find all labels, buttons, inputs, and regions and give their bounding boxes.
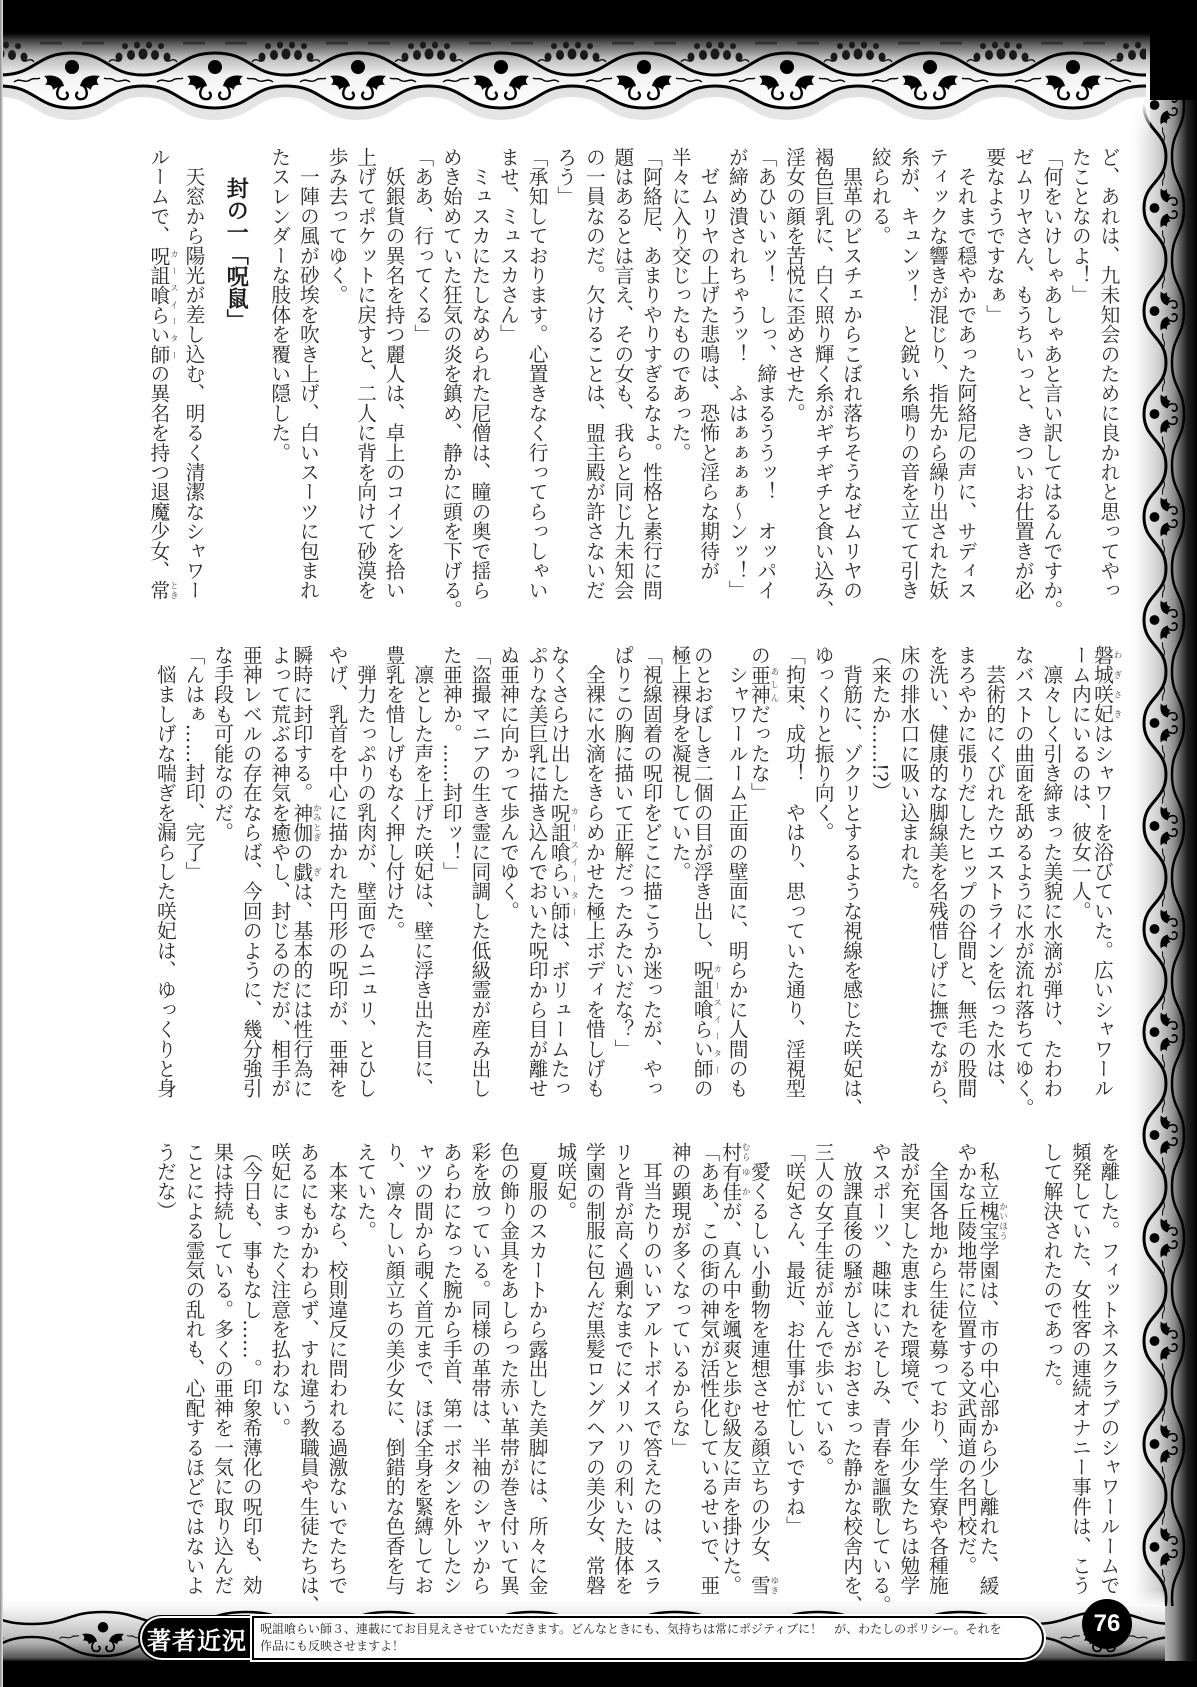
text-line: やかな丘陵地帯に位置する文武両道の名門校だ。 [950,1142,979,1602]
text-line: ませ、ミュスカさん」 [493,147,522,607]
ruby-base: 常 [147,580,170,600]
text-line: 「ああ、この街の神気が活性化しているせいで、亜 [693,1142,722,1602]
text-line: 芸術的にくびれたウエストラインを伝った水は、 [979,645,1008,1105]
text-segment: が、真ん中を颯爽と歩む級友に声を掛けた。 [719,1201,742,1595]
text-line: ゆっくりと振り向く。 [807,645,836,1105]
ruby-word: 呪詛喰らい師カースイーター [147,246,170,364]
text-line: リと背が高く過剰なまでにメリハリの利いた肢体を [607,1142,636,1602]
page-edge-line [0,0,3,1687]
text-segment: 学園は、市の中心部から少し離れた、緩 [976,1241,999,1596]
ruby-word: 咲妃さき [1091,684,1114,723]
text-line: 設が充実した恵まれた環境で、少年少女たちは勉学 [893,1142,922,1602]
text-line: を洗い、健康的な脚線美を名残惜しげに撫でながら、 [922,645,951,1105]
ruby-base: 咲妃 [1091,684,1114,723]
text-line: 全裸に水滴をきらめかせた極上ボディを惜しげも [579,645,608,1105]
text-line: 「承知しております。心置きなく行ってらっしゃい [522,147,551,607]
text-line: うだな） [150,1142,179,1602]
author-news-line-2: 作品にも反映させますよ！ [260,1638,1034,1655]
text-line: ぬ亜神に向かって歩んでゆく。 [493,645,522,1105]
text-line: ろう」 [550,147,579,607]
ruby-reading: わぎ [1112,645,1122,684]
text-line: ゼムリヤさん、もうちいっと、きついお仕置きが必 [1008,147,1037,607]
ruby-word: 戯ぎ [290,862,313,882]
ruby-reading: ぎ [311,862,321,882]
ruby-base: 有佳 [719,1162,742,1201]
ruby-base: 磐城 [1091,645,1114,684]
text-line: 歩み去ってゆく。 [321,147,350,607]
text-line: ことによる霊気の乱れも、心配するほどではないよ [178,1142,207,1602]
ruby-word: 亜神あしん [747,665,770,704]
text-line: 果は持続している。多くの亜神を一気に取り込んだ [207,1142,236,1602]
text-segment: ルームで、 [147,147,170,246]
ruby-reading: ゆき [769,1575,779,1595]
text-segment: だったな」 [747,704,770,803]
text-line: 「ああ、行ってくる」 [407,147,436,607]
text-line: 磐城わぎ咲妃さきはシャワーを浴びていた。広いシャワール [1093,645,1122,1105]
text-line: 三人の女子生徒が並んで歩いている。 [807,1142,836,1602]
text-line: 耳当たりのいいアルトボイスで答えたのは、スラ [636,1142,665,1602]
text-segment: のとおぼしき二個の目が浮き出し、 [690,645,713,960]
section-heading: 封の一「呪鼠」 [207,147,264,607]
text-line: の亜神あしんだったな」 [750,645,779,1105]
text-line: 糸が、キュンッ！ と鋭い糸鳴りの音を立てて引き [893,147,922,607]
text-segment: は、ボリュームたっ [547,921,570,1098]
ruby-base: 呪詛喰らい師 [690,960,713,1078]
text-line: ルームで、呪詛喰らい師カースイーターの異名を持つ退魔少女、常とき [150,147,179,607]
text-line: 学園の制服に包んだ黒髪ロングヘアの美少女、常磐 [579,1142,608,1602]
ruby-reading: あしん [769,665,779,704]
text-line: 淫女の顔を苦悦に歪めさせた。 [779,147,808,607]
text-line: あらわになった腕から手首、第一ボタンを外したシ [436,1142,465,1602]
text-line: 「盗撮マニアの生き霊に同調した低級霊が産み出し [464,645,493,1105]
ruby-word: 村むら [719,1142,742,1162]
text-line: たスレンダーな肢体を覆い隠した。 [264,147,293,607]
ruby-base: 亜神 [747,665,770,704]
text-line: ミュスカにたしなめられた尼僧は、瞳の奥で揺ら [464,147,493,607]
text-segment: 瞬時に封印する。 [290,645,313,803]
text-line: 本来なら、校則違反に問われる過激ないでたちで [321,1142,350,1602]
text-segment: の異名を持つ退魔少女、 [147,364,170,581]
text-line: の一員なのだ。欠けることは、盟主殿が許さないだ [579,147,608,607]
text-line: やげ、乳首を中心に描かれた円形の呪印が、亜神を [321,645,350,1105]
ruby-reading: カースイーター [168,246,178,364]
ruby-word: 槐宝かいほう [976,1201,999,1240]
page-number-badge: 76 [1082,1599,1132,1649]
ruby-word: 磐城わぎ [1091,645,1114,684]
text-line: 愛くるしい小動物を連想させる顔立ちの少女、雪ゆき [750,1142,779,1602]
text-line: まろやかに張りだしたヒップの谷間と、無毛の股間 [950,645,979,1105]
text-line: のとおぼしき二個の目が浮き出し、呪詛喰らい師カースイーターの [693,645,722,1105]
ruby-reading: とき [168,580,178,600]
text-line: やスポーツ、趣味にいそしみ、青春を謳歌している。 [865,1142,894,1602]
text-line: 上げてポケットに戻すと、二人に背を向けて砂漠を [350,147,379,607]
ruby-reading: かいほう [998,1201,1008,1240]
text-line: ゼムリヤの上げた悲鳴は、恐怖と淫らな期待が [693,147,722,607]
ruby-word: 呪詛喰らい師カースイーター [690,960,713,1078]
top-ornamental-border [0,0,1197,138]
text-line: 夏服のスカートから露出した美脚には、所々に金 [522,1142,551,1602]
ruby-reading: むら [740,1142,750,1162]
text-line: たことなのよ！」 [1065,147,1094,607]
text-line: 「あひいいッ！ しっ、締まるううッ！ オッパイ [750,147,779,607]
text-line: 背筋に、ゾクリとするような視線を感じた咲妃は、 [836,645,865,1105]
text-tier-lower: を離した。フィットネスクラブのシャワールームで頻発していた、女性客の連続オナニー… [149,1142,1122,1602]
text-line: 咲妃にまったく注意を払わない。 [264,1142,293,1602]
text-line: 豊乳を惜しげもなく押し付けた。 [379,645,408,1105]
text-line: （今日も、事もなし……。印象希薄化の呪印も、効 [236,1142,265,1602]
author-news-line-1: 呪詛喰らい師３、連載にてお目見えさせていただきます。どんなときにも、気持ちは常に… [260,1621,1034,1638]
right-ornamental-border [1128,0,1197,1687]
text-line: 瞬時に封印する。神伽かみとぎの戯ぎは、基本的には性行為に [293,645,322,1105]
ruby-reading: ゆか [740,1162,750,1201]
text-line: 神の顕現が多くなっているからな」 [665,1142,694,1602]
ruby-word: 雪ゆき [747,1575,770,1595]
text-segment: は、基本的には性行為に [290,881,313,1098]
ruby-reading: カースイーター [712,960,722,1078]
text-segment: 私立 [976,1142,999,1201]
text-line: ど、あれは、九未知会のために良かれと思ってやっ [1093,147,1122,607]
text-line: 一陣の風が砂埃を吹き上げ、白いスーツに包まれ [293,147,322,607]
ruby-word: 呪詛喰らい師カースイーター [547,803,570,921]
text-line: あるにもかかわらず、すれ違う教職員や生徒たちは、 [293,1142,322,1602]
text-line: 「視線固着の呪印をどこに描こうか迷ったが、やっ [636,645,665,1105]
text-line: よって荒ぶる神気を癒やし、封じるのだが、相手が [264,645,293,1105]
text-line: ぷりな美巨乳に描き込んでおいた呪印から目が離せ [522,645,551,1105]
text-line: た亜神か。……封印ッ！」 [436,645,465,1105]
text-line: ャツの間から覗く首元まで、ほぼ全身を緊縛してお [407,1142,436,1602]
text-line: なくさらけ出した呪詛喰らい師カースイーターは、ボリュームたっ [550,645,579,1105]
text-line: 黒革のビスチェからこぼれ落ちそうなゼムリヤの [836,147,865,607]
text-line: えていた。 [350,1142,379,1602]
text-line: 要なようですなぁ」 [979,147,1008,607]
ruby-base: 槐宝 [976,1201,999,1240]
ruby-base: 雪 [747,1575,770,1595]
author-news-comment: 呪詛喰らい師３、連載にてお目見えさせていただきます。どんなときにも、気持ちは常に… [252,1616,1044,1660]
ruby-base: 神伽 [290,803,313,842]
text-line: （来たか……!?） [865,645,894,1105]
text-line: り、凛々しい顔立ちの美少女に、倒錯的な色香を与 [379,1142,408,1602]
text-line: それまで穏やかであった阿絡尼の声に、サディス [950,147,979,607]
ruby-base: 村 [719,1142,742,1162]
text-line: シャワールーム正面の壁面に、明らかに人間のも [722,645,751,1105]
text-line: 「咲妃さん、最近、お仕事が忙しいですね」 [779,1142,808,1602]
ruby-word: 神伽かみとぎ [290,803,313,842]
text-segment: の [290,842,313,862]
ruby-reading: さき [1112,684,1122,723]
text-line: 「んはぁ……封印、完了」 [178,645,207,1105]
ruby-reading: かみとぎ [311,803,321,842]
text-line: 床の排水口に吸い込まれた。 [893,645,922,1105]
ruby-base: 呪詛喰らい師 [147,246,170,364]
text-line: 全国各地から生徒を募っており、学生寮や各種施 [922,1142,951,1602]
text-line: 凛々しく引き締まった美貌に水滴が弾け、たわわ [1036,645,1065,1105]
text-line: 半々に入り交じったものであった。 [665,147,694,607]
ruby-reading: カースイーター [569,803,579,921]
text-line: 弾力たっぷりの乳肉が、壁面でムニュリ、とひし [350,645,379,1105]
text-line: 褐色巨乳に、白く照り輝く糸がギチギチと食い込み、 [807,147,836,607]
text-line: 城咲妃。 [550,1142,579,1602]
text-line: して解決されたのであった。 [1036,1142,1065,1602]
text-tier-upper: ど、あれは、九未知会のために良かれと思ってやったことなのよ！」「何をいけしゃあし… [149,147,1122,607]
text-line: 「阿絡尼、あまりやりすぎるなよ。性格と素行に問 [636,147,665,607]
text-line: なバストの曲面を舐めるように水が流れ落ちてゆく。 [1008,645,1037,1105]
ruby-word: 有佳ゆか [719,1162,742,1201]
text-line: 色の飾り金具をあしらった赤い革帯が巻き付いて異 [493,1142,522,1602]
text-line: 悩ましげな喘ぎを漏らした咲妃は、ゆっくりと身 [150,645,179,1105]
blank-line [1008,1142,1037,1602]
text-tier-middle: 磐城わぎ咲妃さきはシャワーを浴びていた。広いシャワールーム内にいるのは、彼女一人… [149,645,1122,1105]
text-line: 題はあるとは言え、その女も、我らと同じ九未知会 [607,147,636,607]
text-line: 妖銀貨の異名を持つ麗人は、卓上のコインを拾い [379,147,408,607]
text-line: 凛とした声を上げた咲妃は、壁に浮き出た目に、 [407,645,436,1105]
text-line: な手段も可能なのだ。 [207,645,236,1105]
text-segment: はシャワーを浴びていた。広いシャワール [1091,724,1114,1098]
text-line: 私立槐宝かいほう学園は、市の中心部から少し離れた、緩 [979,1142,1008,1602]
ruby-base: 呪詛喰らい師 [547,803,570,921]
author-news-label: 著者近況 [140,1616,252,1660]
text-line: ティックな響きが混じり、指先から繰り出された妖 [922,147,951,607]
text-line: を離した。フィットネスクラブのシャワールームで [1093,1142,1122,1602]
text-line: 絞られる。 [865,147,894,607]
text-segment: の [690,1078,713,1098]
text-segment: の [747,645,770,665]
text-line: 「何をいけしゃあしゃあと言い訳してはるんですか。 [1036,147,1065,607]
text-segment: 愛くるしい小動物を連想させる顔立ちの少女、 [747,1142,770,1575]
text-line: 彩を放っている。同様の革帯は、半袖のシャツから [464,1142,493,1602]
text-line: 亜神レベルの存在ならば、今回のように、幾分強引 [236,645,265,1105]
ruby-base: 戯 [290,862,313,882]
text-line: 天窓から陽光が差し込む、明るく清潔なシャワー [178,147,207,607]
text-line: が締め潰されちゃうッ！ ふはぁぁぁぁ～ンッ！」 [722,147,751,607]
text-line: 放課直後の騒がしさがおさまった静かな校舎内を、 [836,1142,865,1602]
text-line: 頻発していた、女性客の連続オナニー事件は、こう [1065,1142,1094,1602]
ruby-word: 常とき [147,580,170,600]
text-line: めき始めていた狂気の炎を鎮め、静かに頭を下げる。 [436,147,465,607]
text-line: ぱりこの胸に描いて正解だったみたいだな？」 [607,645,636,1105]
text-segment: なくさらけ出した [547,645,570,803]
text-line: 「拘束、成功！ やはり、思っていた通り、淫視型 [779,645,808,1105]
